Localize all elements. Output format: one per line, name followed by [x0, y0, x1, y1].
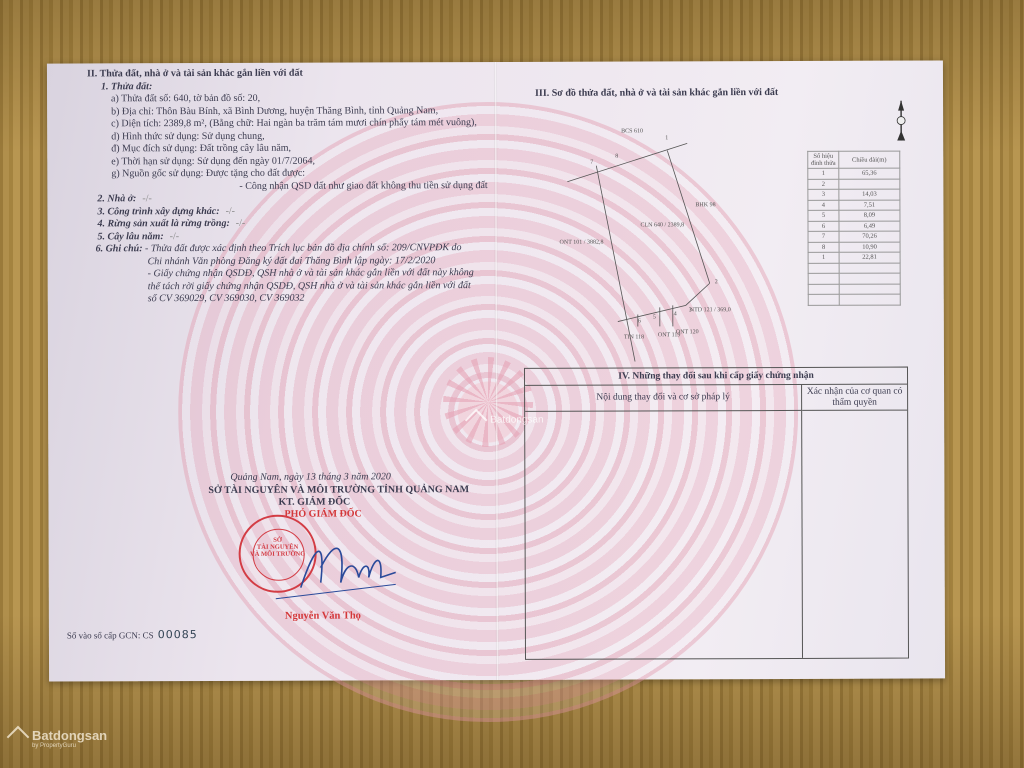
- issue-date: Quảng Nam, ngày 13 tháng 3 năm 2020: [230, 471, 391, 484]
- changes-title: IV. Những thay đổi sau khi cấp giấy chứn…: [525, 368, 907, 386]
- table-row: [808, 263, 900, 274]
- land-origin-detail: - Công nhận QSD đất như giao đất không t…: [87, 180, 487, 194]
- svg-text:5: 5: [653, 314, 656, 320]
- svg-text:7: 7: [590, 160, 593, 166]
- table-row: 165,36: [808, 168, 900, 179]
- svg-text:TIN 118: TIN 118: [624, 334, 644, 340]
- parcel-diagram: BCS 610 BHK 98 CLN 640 / 2389,8 ONT 101 …: [557, 121, 758, 362]
- table-row: [808, 284, 900, 295]
- table-row: 122,81: [808, 252, 900, 263]
- svg-text:8: 8: [615, 154, 618, 160]
- vertex-length-table: Số hiệu đỉnh thửa Chiều dài(m) 165,36231…: [807, 151, 901, 306]
- svg-text:CLN 640 / 2389,8: CLN 640 / 2389,8: [640, 222, 684, 228]
- svg-text:BHK 98: BHK 98: [695, 202, 715, 208]
- signer-role: KT. GIÁM ĐỐC: [278, 497, 350, 510]
- land-certificate: II. Thửa đất, nhà ở và tài sản khác gắn …: [47, 60, 945, 681]
- register-number: Số vào sổ cấp GCN: CS00085: [67, 629, 198, 642]
- svg-text:NTD 121 / 369,0: NTD 121 / 369,0: [690, 307, 731, 313]
- changes-col-content: Nội dung thay đổi và cơ sở pháp lý: [525, 385, 801, 412]
- changes-table: IV. Những thay đổi sau khi cấp giấy chứn…: [524, 367, 909, 660]
- table-row: 314,03: [808, 189, 900, 200]
- table-row: 66,49: [808, 221, 900, 232]
- signature: [271, 532, 401, 602]
- land-area: c) Diện tích: 2389,8 m², (Bằng chữ: Hai …: [87, 117, 487, 131]
- notes: 6. Ghi chú: - Thửa đất được xác định the…: [88, 242, 488, 256]
- svg-text:6: 6: [638, 318, 641, 324]
- table-row: 2: [808, 179, 900, 190]
- table-row: 770,26: [808, 231, 900, 242]
- section-title-iii: III. Sơ đồ thửa đất, nhà ở và tài sản kh…: [535, 87, 778, 100]
- notes-line: số CV 369029, CV 369030, CV 369032: [88, 292, 488, 306]
- notes-line: - Giấy chứng nhận QSDĐ, QSH nhà ở và tài…: [88, 267, 488, 281]
- table-row: 810,90: [808, 242, 900, 253]
- table-row: 58,09: [808, 210, 900, 221]
- drum-star-icon: [443, 357, 533, 447]
- svg-text:ONT 120: ONT 120: [676, 329, 699, 335]
- north-arrow-icon: [895, 101, 907, 141]
- svg-text:3: 3: [689, 307, 692, 313]
- svg-text:4: 4: [674, 311, 677, 317]
- table-row: [808, 273, 900, 284]
- table-row: [808, 294, 900, 305]
- issuing-org: SỞ TÀI NGUYÊN VÀ MÔI TRƯỜNG TỈNH QUẢNG N…: [208, 484, 469, 497]
- brand-logo-icon: [7, 725, 30, 748]
- watermark-corner: Batdongsanby PropertyGuru: [10, 728, 107, 749]
- svg-text:BCS 610: BCS 610: [621, 128, 643, 134]
- svg-text:2: 2: [715, 279, 718, 285]
- signer-name: Nguyễn Văn Thọ: [285, 610, 361, 623]
- land-info-section: II. Thửa đất, nhà ở và tài sản khác gắn …: [87, 67, 488, 306]
- changes-col-confirm: Xác nhận của cơ quan có thẩm quyền: [802, 385, 907, 411]
- svg-text:1: 1: [665, 135, 668, 141]
- svg-text:ONT 101 / 3882,8: ONT 101 / 3882,8: [560, 240, 604, 246]
- notes-line: thể tách rời giấy chứng nhận QSDĐ, QSH n…: [88, 280, 488, 294]
- brand-logo-icon: [465, 409, 488, 432]
- watermark-center: Batdongsan: [468, 412, 543, 428]
- table-row: 47,51: [808, 200, 900, 211]
